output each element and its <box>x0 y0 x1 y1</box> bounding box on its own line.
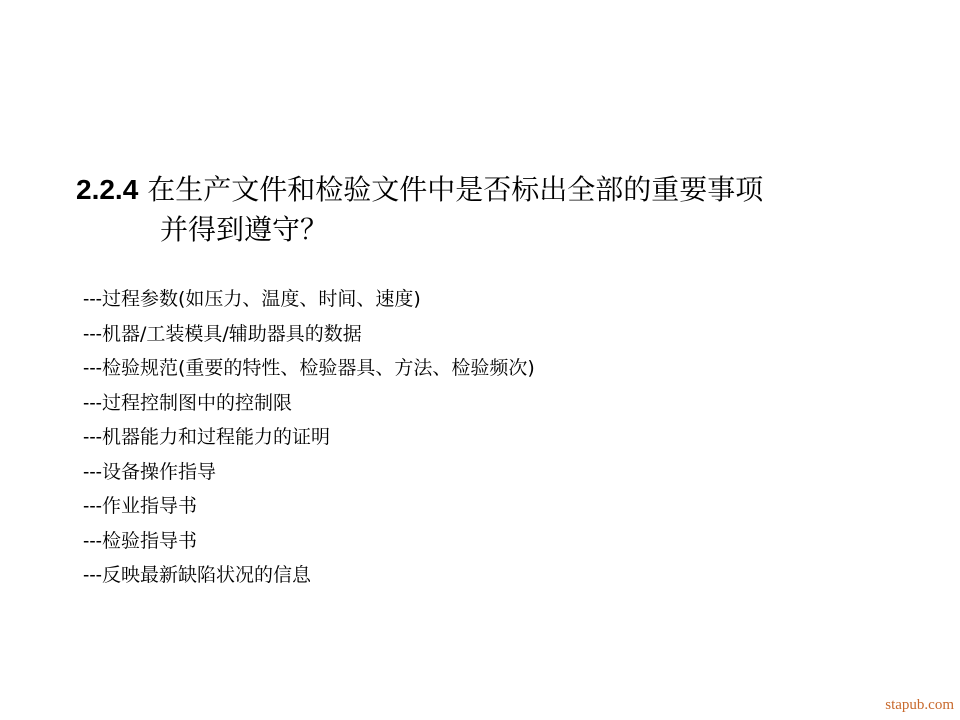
bullet-text: 检验指导书 <box>102 530 197 552</box>
bullet-text: 作业指导书 <box>102 495 197 517</box>
bullet-item: ---过程控制图中的控制限 <box>83 386 535 421</box>
bullet-item: ---作业指导书 <box>83 489 535 524</box>
bullet-dash: --- <box>83 393 102 414</box>
bullet-dash: --- <box>83 462 102 483</box>
bullet-text: 设备操作指导 <box>102 461 216 483</box>
bullet-item: ---设备操作指导 <box>83 455 535 490</box>
bullet-dash: --- <box>83 565 102 586</box>
title-line-2: 并得到遵守？ <box>76 210 763 250</box>
bullet-text: 反映最新缺陷状况的信息 <box>102 564 311 586</box>
bullet-list: ---过程参数(如压力、温度、时间、速度) ---机器/工装模具/辅助器具的数据… <box>83 282 535 593</box>
section-number: 2.2.4 <box>76 174 138 205</box>
bullet-text: 检验规范(重要的特性、检验器具、方法、检验频次) <box>102 357 535 379</box>
slide-title: 2.2.4 在生产文件和检验文件中是否标出全部的重要事项 并得到遵守？ <box>76 170 763 250</box>
bullet-dash: --- <box>83 289 102 310</box>
title-line-1: 在生产文件和检验文件中是否标出全部的重要事项 <box>147 173 763 206</box>
bullet-text: 机器/工装模具/辅助器具的数据 <box>102 323 362 345</box>
bullet-dash: --- <box>83 427 102 448</box>
bullet-item: ---机器/工装模具/辅助器具的数据 <box>83 317 535 352</box>
bullet-text: 机器能力和过程能力的证明 <box>102 426 330 448</box>
watermark: stapub.com <box>885 697 954 714</box>
bullet-item: ---检验指导书 <box>83 524 535 559</box>
bullet-dash: --- <box>83 531 102 552</box>
bullet-dash: --- <box>83 358 102 379</box>
bullet-item: ---检验规范(重要的特性、检验器具、方法、检验频次) <box>83 351 535 386</box>
bullet-text: 过程参数(如压力、温度、时间、速度) <box>102 288 421 310</box>
bullet-item: ---机器能力和过程能力的证明 <box>83 420 535 455</box>
slide: 2.2.4 在生产文件和检验文件中是否标出全部的重要事项 并得到遵守？ ---过… <box>0 0 960 720</box>
bullet-item: ---过程参数(如压力、温度、时间、速度) <box>83 282 535 317</box>
bullet-item: ---反映最新缺陷状况的信息 <box>83 558 535 593</box>
bullet-dash: --- <box>83 496 102 517</box>
bullet-dash: --- <box>83 324 102 345</box>
bullet-text: 过程控制图中的控制限 <box>102 392 292 414</box>
